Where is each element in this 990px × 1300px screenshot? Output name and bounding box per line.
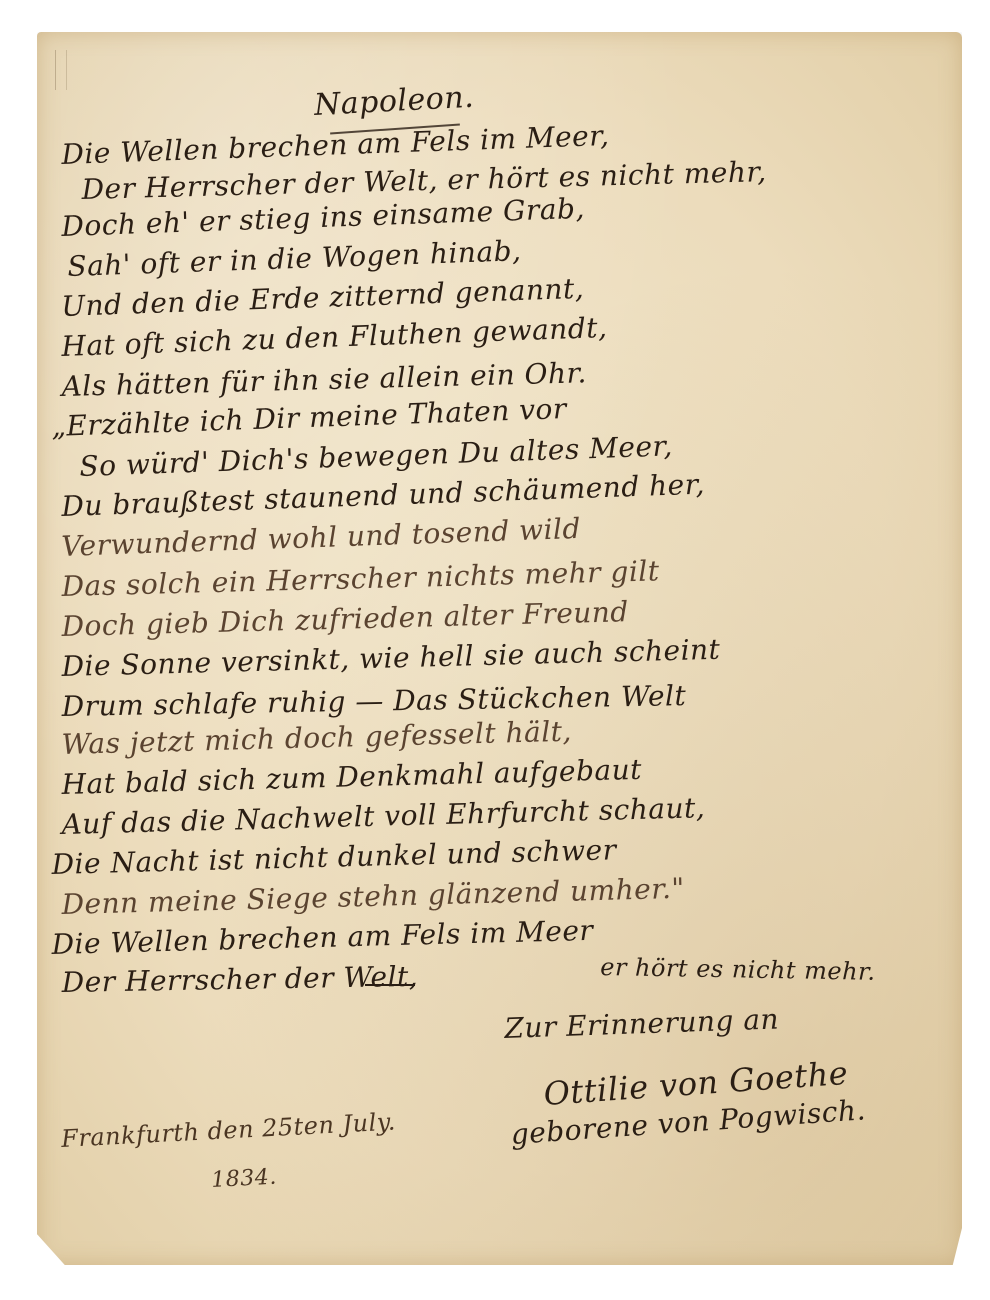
paper-fold-mark [55, 50, 67, 90]
year: 1834. [211, 1165, 278, 1193]
verse-line-23: er hört es nicht mehr. [600, 952, 876, 987]
verse-dash [355, 968, 425, 998]
